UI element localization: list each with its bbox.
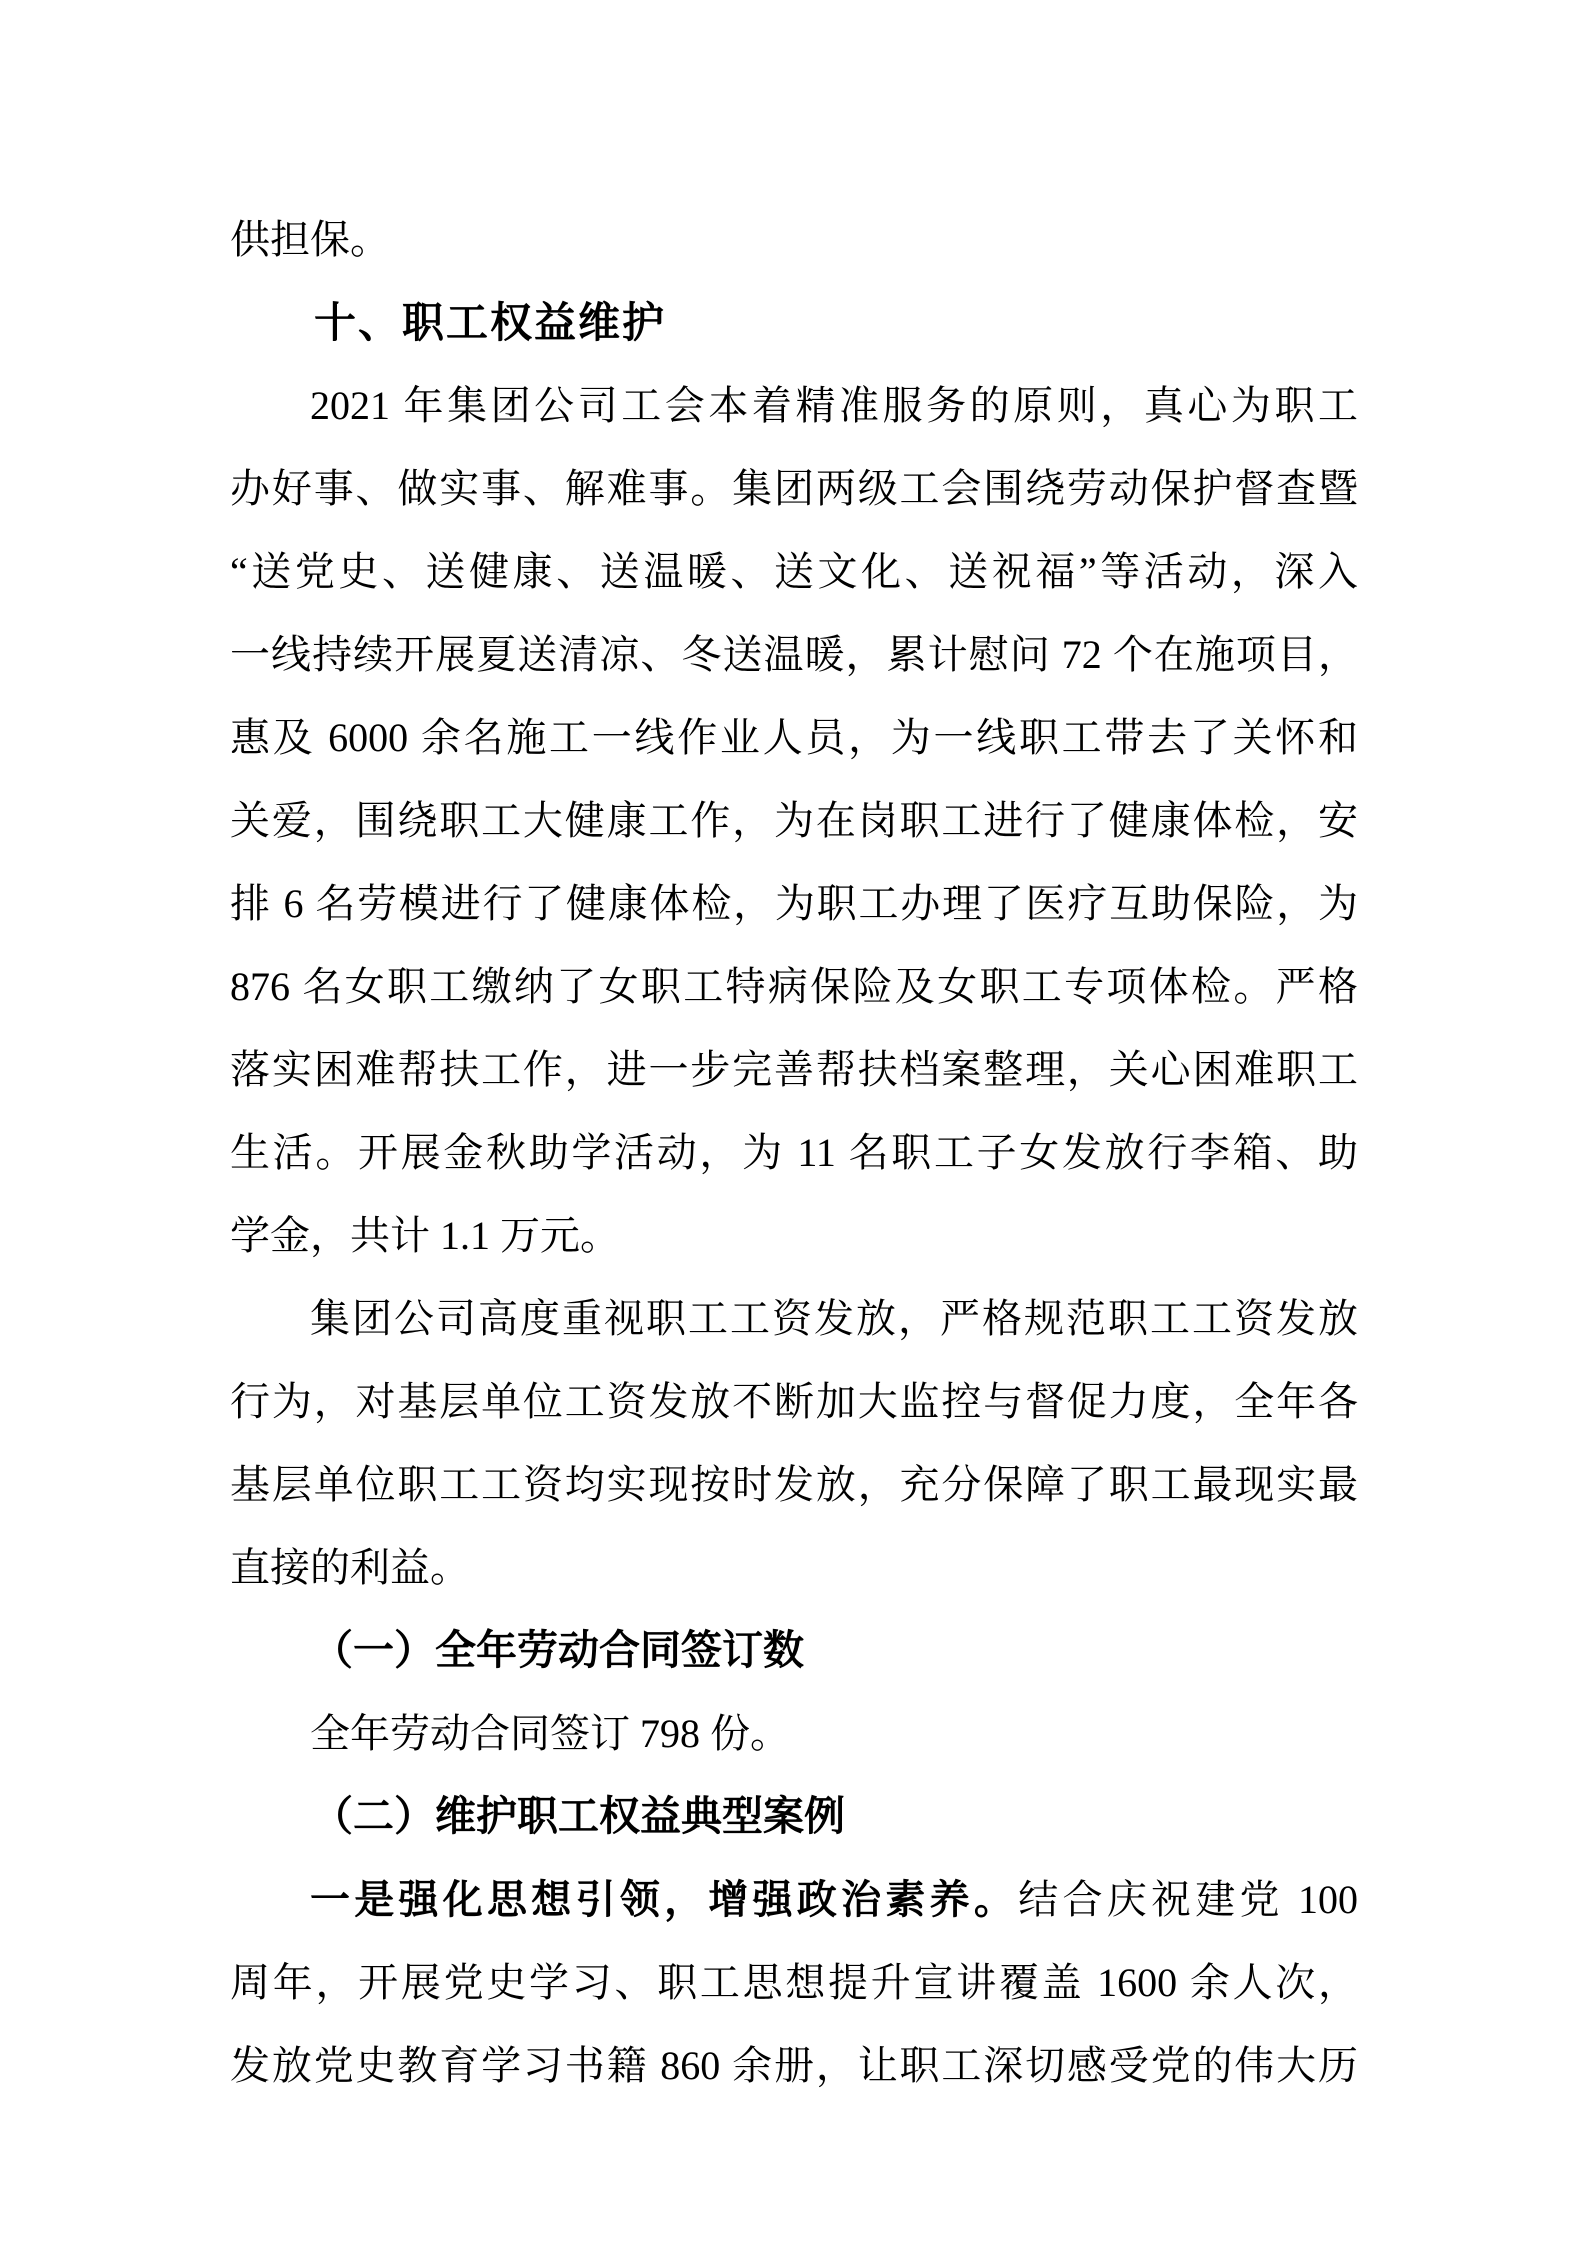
text-line: 生活。开展金秋助学活动，为 11 名职工子女发放行李箱、助: [230, 1111, 1358, 1194]
section-heading: （一）全年劳动合同签订数: [230, 1609, 1358, 1692]
text-line: 发放党史教育学习书籍 860 余册，让职工深切感受党的伟大历: [230, 2024, 1358, 2107]
text-line: 直接的利益。: [230, 1526, 1358, 1609]
text-line: 集团公司高度重视职工工资发放，严格规范职工工资发放: [230, 1277, 1358, 1360]
text-line: 关爱，围绕职工大健康工作，为在岗职工进行了健康体检，安: [230, 779, 1358, 862]
document-content: 供担保。十、职工权益维护2021 年集团公司工会本着精准服务的原则，真心为职工办…: [230, 198, 1358, 2107]
text-line: “送党史、送健康、送温暖、送文化、送祝福”等活动，深入: [230, 530, 1358, 613]
text-line: 落实困难帮扶工作，进一步完善帮扶档案整理，关心困难职工: [230, 1028, 1358, 1111]
text-line: 惠及 6000 余名施工一线作业人员，为一线职工带去了关怀和: [230, 696, 1358, 779]
section-heading: 十、职工权益维护: [230, 281, 1358, 364]
text-run: 结合庆祝建党 100: [1018, 1877, 1358, 1922]
text-line: 全年劳动合同签订 798 份。: [230, 1692, 1358, 1775]
text-line: 一线持续开展夏送清凉、冬送温暖，累计慰问 72 个在施项目，: [230, 613, 1358, 696]
document-page: 供担保。十、职工权益维护2021 年集团公司工会本着精准服务的原则，真心为职工办…: [0, 0, 1587, 2245]
bold-text-run: 一是强化思想引领，增强政治素养。: [310, 1877, 1018, 1922]
text-line: 排 6 名劳模进行了健康体检，为职工办理了医疗互助保险，为: [230, 862, 1358, 945]
text-line: 行为，对基层单位工资发放不断加大监控与督促力度，全年各: [230, 1360, 1358, 1443]
text-line: 基层单位职工工资均实现按时发放，充分保障了职工最现实最: [230, 1443, 1358, 1526]
text-line: 2021 年集团公司工会本着精准服务的原则，真心为职工: [230, 364, 1358, 447]
text-line: 周年，开展党史学习、职工思想提升宣讲覆盖 1600 余人次，: [230, 1941, 1358, 2024]
section-heading: （二）维护职工权益典型案例: [230, 1775, 1358, 1858]
text-line: 一是强化思想引领，增强政治素养。结合庆祝建党 100: [230, 1858, 1358, 1941]
text-line: 办好事、做实事、解难事。集团两级工会围绕劳动保护督查暨: [230, 447, 1358, 530]
text-line: 学金，共计 1.1 万元。: [230, 1194, 1358, 1277]
text-line: 供担保。: [230, 198, 1358, 281]
text-line: 876 名女职工缴纳了女职工特病保险及女职工专项体检。严格: [230, 945, 1358, 1028]
